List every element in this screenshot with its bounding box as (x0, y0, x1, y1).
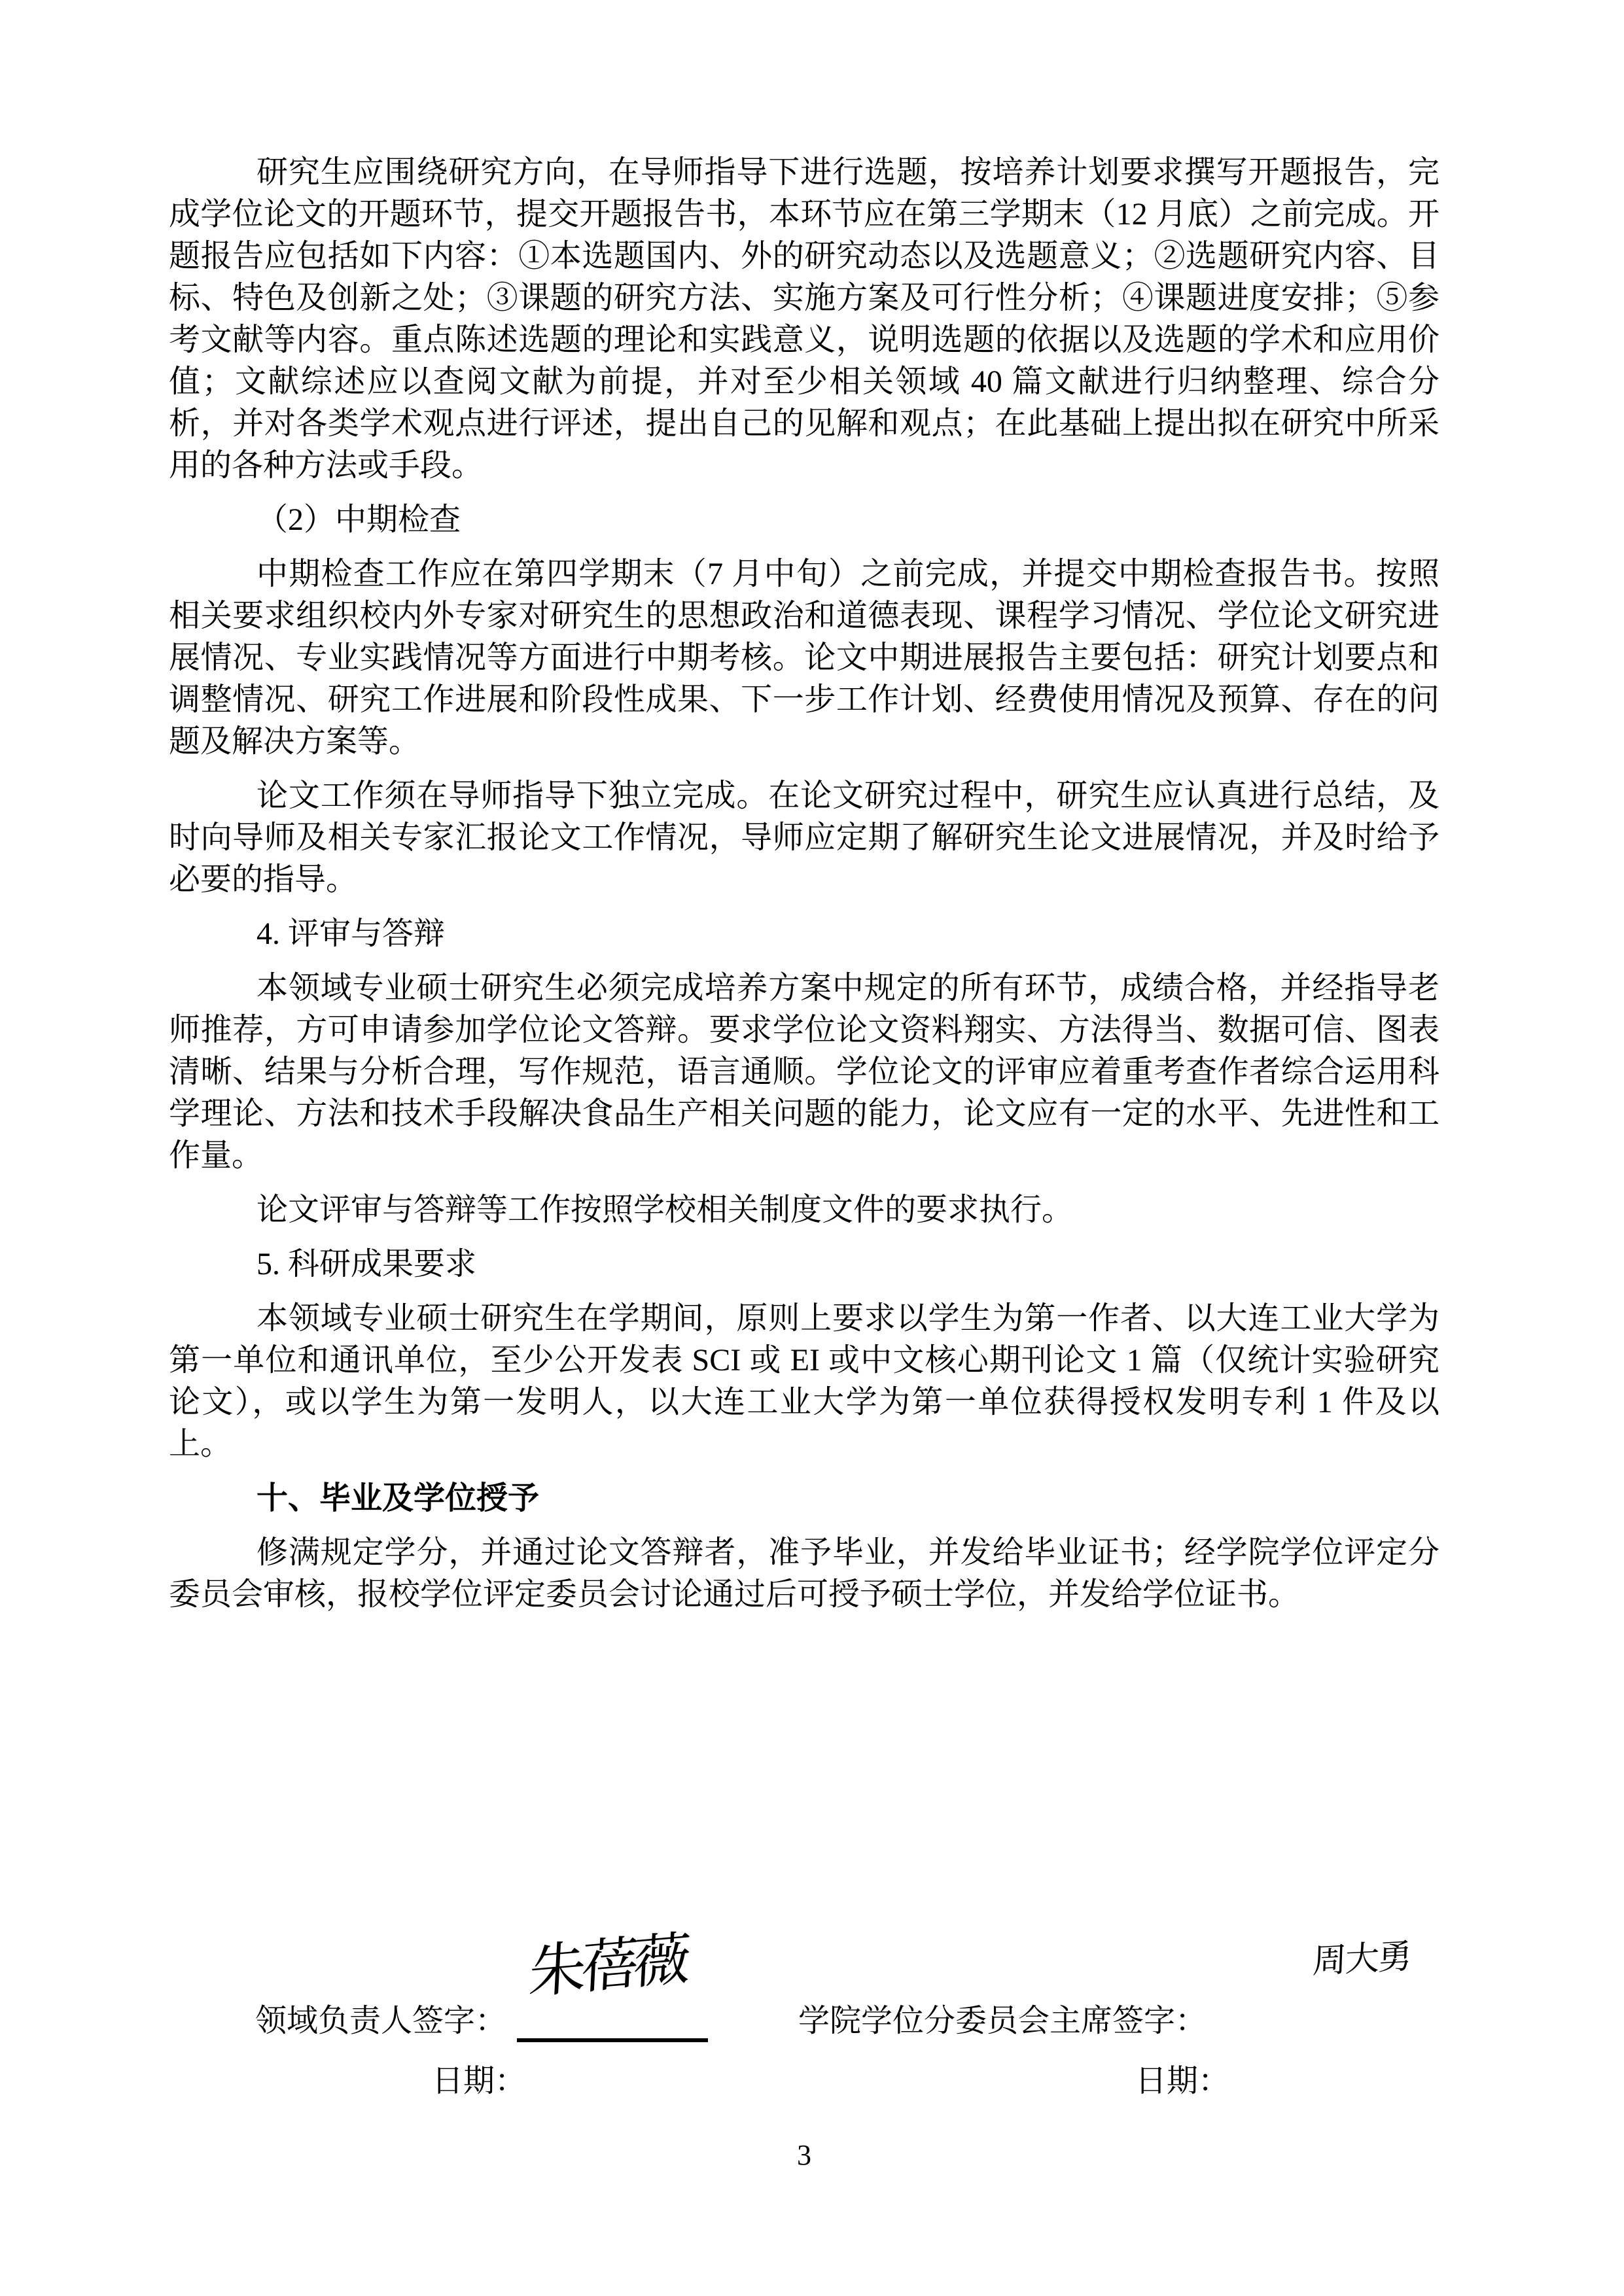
committee-chair-signature-label: 学院学位分委员会主席签字： (798, 2000, 1207, 2042)
page-number: 3 (169, 2134, 1439, 2176)
paragraph-review-execution: 论文评审与答辩等工作按照学校相关制度文件的要求执行。 (169, 1189, 1439, 1231)
paragraph-topic-selection: 研究生应围绕研究方向，在导师指导下进行选题，按培养计划要求撰写开题报告，完成学位… (169, 152, 1439, 487)
signature-row: 领域负责人签字： 朱蓓薇 学院学位分委员会主席签字： 周大勇 (169, 2000, 1439, 2042)
heading-research-achievements: 5. 科研成果要求 (169, 1244, 1439, 1285)
paragraph-midterm-check: 中期检查工作应在第四学期末（7 月中旬）之前完成，并提交中期检查报告书。按照相关… (169, 553, 1439, 763)
paragraph-research-achievements: 本领域专业硕士研究生在学期间，原则上要求以学生为第一作者、以大连工业大学为第一单… (169, 1298, 1439, 1465)
date-label-right: 日期： (1135, 2061, 1229, 2102)
heading-graduation-degree: 十、毕业及学位授予 (169, 1478, 1439, 1520)
field-leader-handwritten-signature: 朱蓓薇 (527, 1931, 687, 2003)
signature-underline (517, 2038, 708, 2042)
paragraph-graduation-degree: 修满规定学分，并通过论文答辩者，准予毕业，并发给毕业证书；经学院学位评定分委员会… (169, 1532, 1439, 1616)
date-row: 日期： 日期： (169, 2061, 1439, 2102)
date-label-left: 日期： (432, 2061, 526, 2102)
field-leader-signature-label: 领域负责人签字： (255, 2000, 506, 2042)
paragraph-review-defense: 本领域专业硕士研究生必须完成培养方案中规定的所有环节，成绩合格，并经指导老师推荐… (169, 967, 1439, 1177)
heading-midterm-check: （2）中期检查 (169, 499, 1439, 541)
committee-chair-handwritten-signature: 周大勇 (1312, 1939, 1411, 1981)
document-page: 研究生应围绕研究方向，在导师指导下进行选题，按培养计划要求撰写开题报告，完成学位… (0, 0, 1624, 2296)
heading-review-defense: 4. 评审与答辩 (169, 913, 1439, 955)
paragraph-thesis-work: 论文工作须在导师指导下独立完成。在论文研究过程中，研究生应认真进行总结，及时向导… (169, 775, 1439, 901)
